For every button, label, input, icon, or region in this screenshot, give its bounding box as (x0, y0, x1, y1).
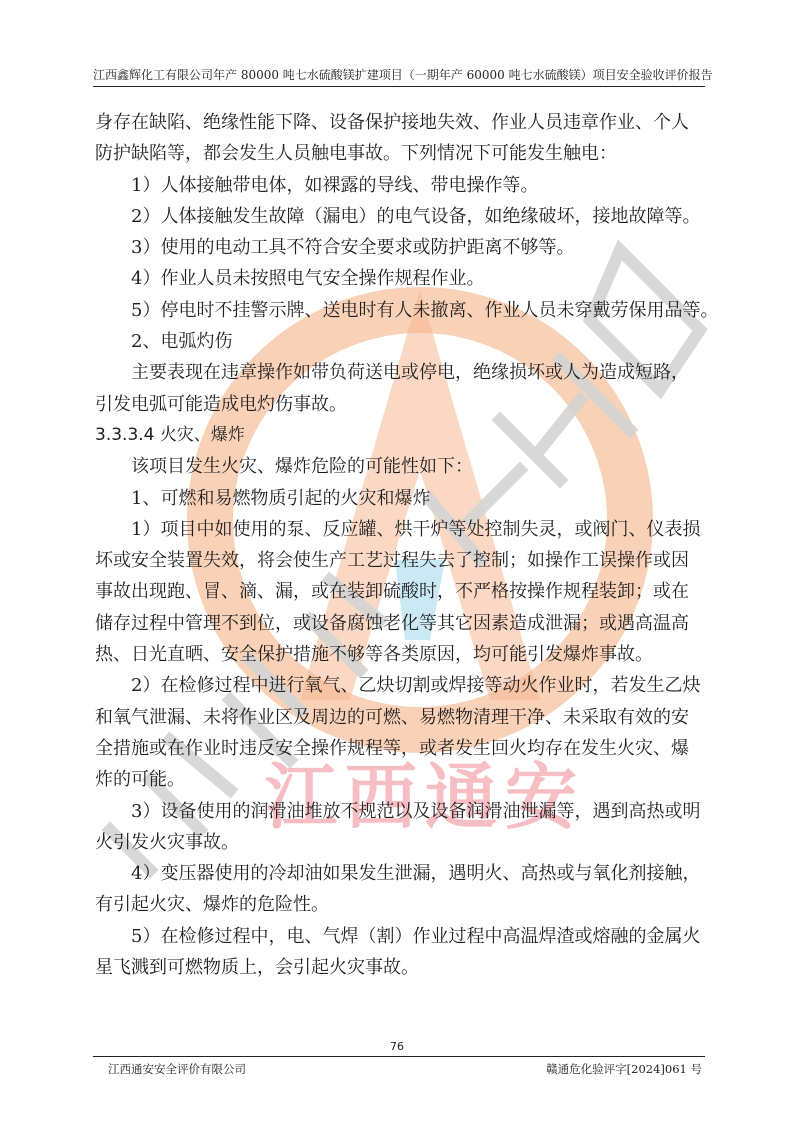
page-number: 76 (0, 1040, 794, 1053)
body-line: 星飞溅到可燃物质上，会引起火灾事故。 (95, 952, 720, 983)
list-item: 4）变压器使用的冷却油如果发生泄漏，遇明火、高热或与氧化剂接触， (95, 858, 720, 889)
subsection-title: 2、电弧灼伤 (95, 326, 720, 357)
header-divider (93, 86, 705, 87)
body-line: 坏或安全装置失效，将会使生产工艺过程失去了控制；如操作工误操作或因 (95, 545, 720, 576)
body-line: 防护缺陷等，都会发生人员触电事故。下列情况下可能发生触电： (95, 138, 720, 169)
subsection-title: 1、可燃和易燃物质引起的火灾和爆炸 (95, 483, 720, 514)
body-line: 全措施或在作业时违反安全操作规程等，或者发生回火均存在发生火灾、爆 (95, 733, 720, 764)
document-header-title: 江西鑫辉化工有限公司年产 80000 吨七水硫酸镁扩建项目（一期年产 60000… (93, 66, 703, 83)
body-line: 身存在缺陷、绝缘性能下降、设备保护接地失效、作业人员违章作业、个人 (95, 107, 720, 138)
section-heading: 3.3.3.4 火灾、爆炸 (95, 420, 720, 451)
list-item: 2）人体接触发生故障（漏电）的电气设备，如绝缘破坏，接地故障等。 (95, 201, 720, 232)
body-line: 和氧气泄漏、未将作业区及周边的可燃、易燃物清理干净、未采取有效的安 (95, 702, 720, 733)
body-line: 事故出现跑、冒、滴、漏，或在装卸硫酸时，不严格按操作规程装卸；或在 (95, 576, 720, 607)
list-item: 5）在检修过程中，电、气焊（割）作业过程中高温焊渣或熔融的金属火 (95, 921, 720, 952)
list-item: 5）停电时不挂警示牌、送电时有人未撤离、作业人员未穿戴劳保用品等。 (95, 295, 720, 326)
document-body: 身存在缺陷、绝缘性能下降、设备保护接地失效、作业人员违章作业、个人 防护缺陷等，… (95, 107, 720, 983)
list-item: 1）项目中如使用的泵、反应罐、烘干炉等处控制失灵，或阀门、仪表损 (95, 514, 720, 545)
body-line: 储存过程中管理不到位，或设备腐蚀老化等其它因素造成泄漏；或遇高温高 (95, 608, 720, 639)
body-line: 该项目发生火灾、爆炸危险的可能性如下： (95, 451, 720, 482)
body-line: 有引起火灾、爆炸的危险性。 (95, 889, 720, 920)
list-item: 3）设备使用的润滑油堆放不规范以及设备润滑油泄漏等，遇到高热或明 (95, 796, 720, 827)
footer-company: 江西通安安全评价有限公司 (108, 1061, 246, 1077)
list-item: 4）作业人员未按照电气安全操作规程作业。 (95, 263, 720, 294)
list-item: 1）人体接触带电体，如裸露的导线、带电操作等。 (95, 170, 720, 201)
list-item: 2）在检修过程中进行氧气、乙炔切割或焊接等动火作业时，若发生乙炔 (95, 670, 720, 701)
body-line: 炸的可能。 (95, 764, 720, 795)
body-line: 引发电弧可能造成电灼伤事故。 (95, 389, 720, 420)
body-line: 主要表现在违章操作如带负荷送电或停电，绝缘损坏或人为造成短路， (95, 357, 720, 388)
document-page: 江西通安 江西鑫辉化工有限公司年产 80000 吨七水硫酸镁扩建项目（一期年产 … (0, 0, 794, 1123)
list-item: 3）使用的电动工具不符合安全要求或防护距离不够等。 (95, 232, 720, 263)
footer-divider (93, 1056, 705, 1057)
body-line: 热、日光直晒、安全保护措施不够等各类原因，均可能引发爆炸事故。 (95, 639, 720, 670)
body-line: 火引发火灾事故。 (95, 827, 720, 858)
footer-doc-number: 赣通危化验评字[2024]061 号 (546, 1061, 702, 1077)
